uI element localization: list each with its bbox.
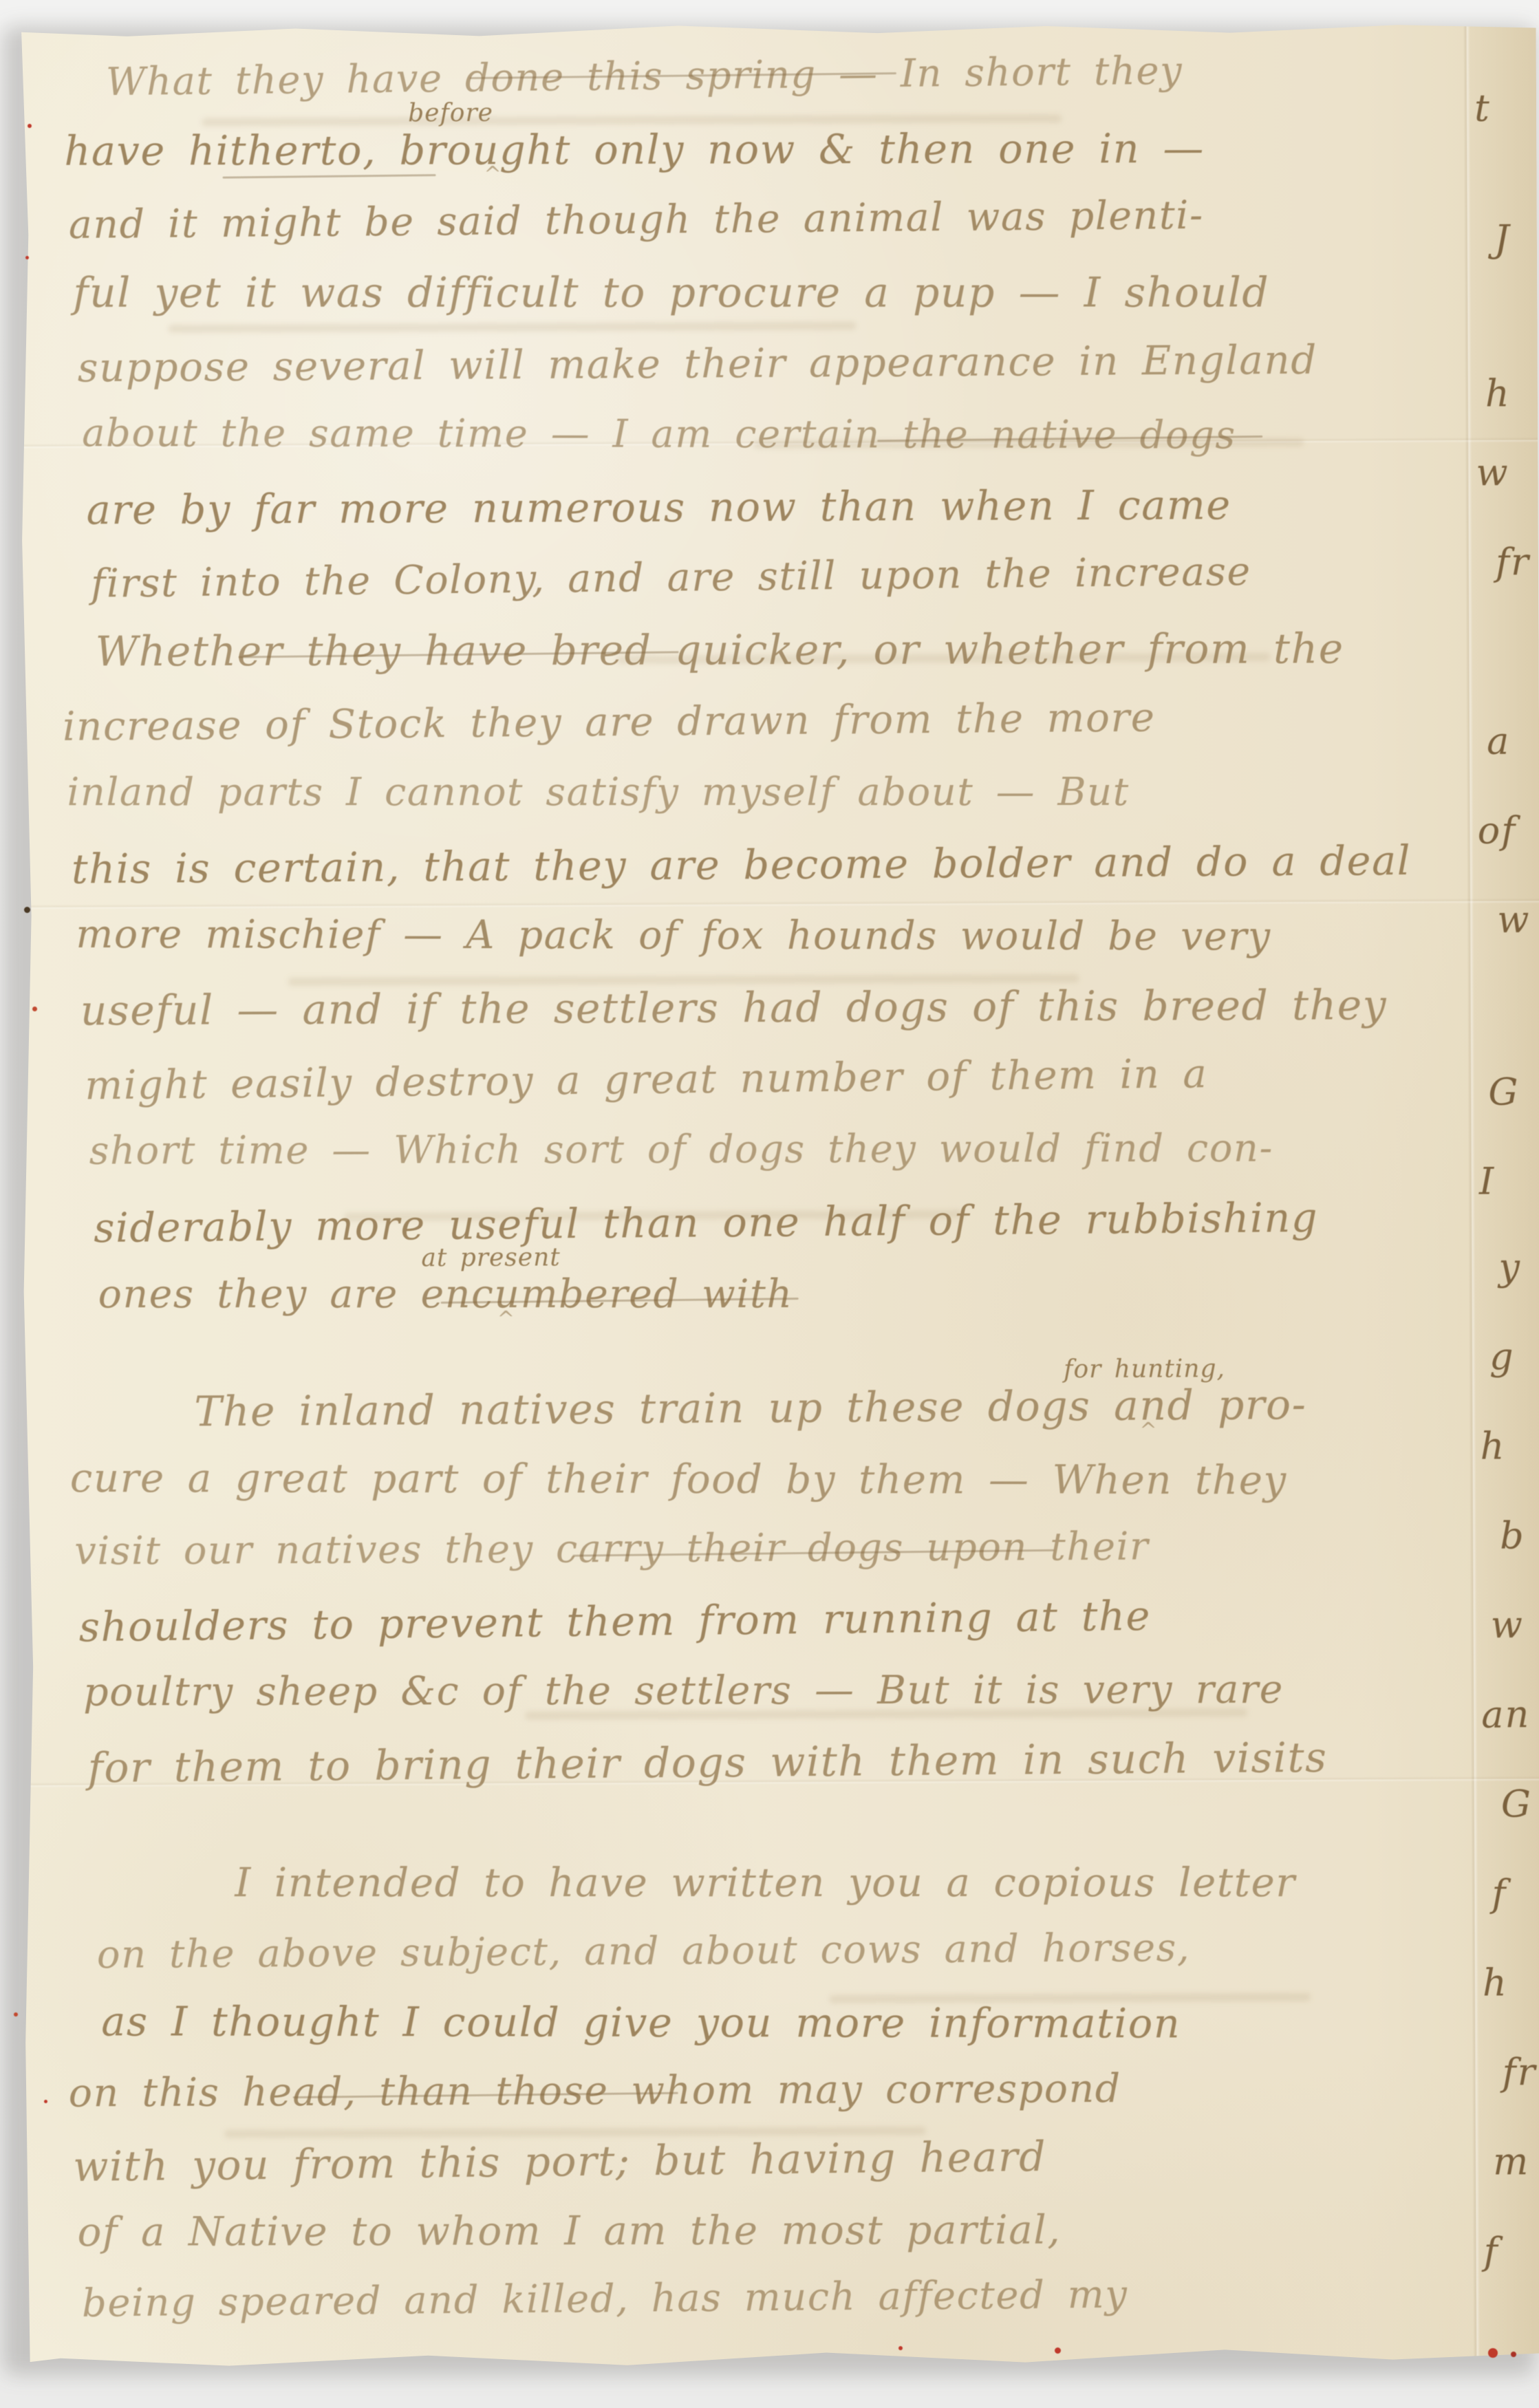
handwriting-fragment: g xyxy=(1489,1335,1515,1378)
handwriting-fragment: of xyxy=(1478,808,1517,852)
handwriting-fragment: w xyxy=(1491,1603,1525,1646)
handwriting-line: are by far more numerous now than when I… xyxy=(86,481,1231,533)
strikethrough-stroke xyxy=(223,174,436,179)
fold-crease-horizontal xyxy=(8,898,1539,910)
handwriting-fragment: m xyxy=(1493,2140,1529,2183)
handwriting-fragment: fr xyxy=(1496,540,1530,583)
scanned-letter-photo: What they have done this spring — In sho… xyxy=(0,0,1539,2408)
handwriting-line: suppose several will make their appearan… xyxy=(78,336,1318,391)
insertion-caret-icon: ^ xyxy=(497,1307,515,1331)
letter-page: What they have done this spring — In sho… xyxy=(5,17,1539,2372)
handwriting-line: more mischief — A pack of fox hounds wou… xyxy=(76,912,1271,959)
handwriting-line: ones they are encumbered with xyxy=(98,1271,793,1317)
insertion-caret-icon: ^ xyxy=(1139,1419,1156,1443)
letter-body: What they have done this spring — In sho… xyxy=(5,17,1536,24)
handwriting-fragment: fr xyxy=(1502,2050,1536,2094)
handwriting-line: for them to bring their dogs with them i… xyxy=(87,1734,1327,1792)
handwriting-line: I intended to have written you a copious… xyxy=(235,1859,1295,1906)
handwriting-line: ful yet it was difficult to procure a pu… xyxy=(73,268,1269,316)
wax-speck xyxy=(25,256,29,259)
handwriting-fragment: h xyxy=(1483,1961,1508,2004)
ink-speck xyxy=(24,907,30,913)
interlinear-insertion: before xyxy=(408,99,493,128)
handwriting-fragment: w xyxy=(1497,898,1531,941)
wax-speck xyxy=(898,2346,903,2350)
handwriting-line: visit our natives they carry their dogs … xyxy=(74,1525,1149,1574)
handwriting-fragment: J xyxy=(1494,217,1511,260)
handwriting-fragment: f xyxy=(1492,1871,1507,1915)
ink-showthrough xyxy=(168,321,856,332)
handwriting-line: first into the Colony, and are still upo… xyxy=(91,549,1251,607)
handwriting-fragment: w xyxy=(1476,451,1509,494)
handwriting-line: on this head, than those whom may corres… xyxy=(69,2066,1121,2116)
handwriting-line: of a Native to whom I am the most partia… xyxy=(77,2206,1061,2255)
ink-showthrough-layer xyxy=(5,17,1536,24)
handwriting-line: shoulders to prevent them from running a… xyxy=(78,1592,1151,1651)
handwriting-fragment: h xyxy=(1480,1424,1505,1468)
adjacent-page-fragments: tJhwfraofwGIyghbwanGfhfrmf xyxy=(5,17,1536,24)
handwriting-fragment: G xyxy=(1501,1782,1532,1825)
handwriting-line: short time — Which sort of dogs they wou… xyxy=(89,1126,1273,1174)
interlinear-insertion: at present xyxy=(421,1243,561,1272)
interlinear-insertion: for hunting, xyxy=(1064,1355,1225,1384)
handwriting-line: increase of Stock they are drawn from th… xyxy=(63,694,1156,750)
insertion-caret-icon: ^ xyxy=(484,162,501,186)
handwriting-line: have hitherto, brought only now & then o… xyxy=(64,125,1205,175)
handwriting-line: this is certain, that they are become bo… xyxy=(72,837,1412,893)
wax-speck xyxy=(1055,2347,1061,2354)
handwriting-fragment: a xyxy=(1487,719,1510,762)
wax-speck xyxy=(32,1007,37,1011)
handwriting-fragment: an xyxy=(1481,1692,1530,1736)
wax-speck xyxy=(1488,2348,1498,2358)
handwriting-line: cure a great part of their food by them … xyxy=(70,1454,1287,1503)
handwriting-fragment: I xyxy=(1479,1159,1496,1203)
handwriting-line: poultry sheep &c of the settlers — But i… xyxy=(83,1667,1284,1715)
handwriting-line: and it might be said though the animal w… xyxy=(69,193,1204,248)
handwriting-line: Whether they have bred quicker, or wheth… xyxy=(95,625,1344,676)
handwriting-line: on the above subject, and about cows and… xyxy=(97,1926,1191,1977)
editorial-strokes-layer xyxy=(5,17,1536,24)
handwriting-fragment: f xyxy=(1484,2229,1499,2272)
handwriting-line: with you from this port; but having hear… xyxy=(73,2133,1047,2191)
handwriting-fragment: G xyxy=(1488,1070,1519,1113)
handwriting-fragment: y xyxy=(1498,1245,1521,1289)
handwriting-line: useful — and if the settlers had dogs of… xyxy=(80,981,1388,1035)
wax-speck xyxy=(1511,2352,1516,2357)
wax-speck xyxy=(14,2012,18,2017)
handwriting-line: being speared and killed, has much affec… xyxy=(82,2272,1128,2326)
handwriting-line: about the same time — I am certain the n… xyxy=(82,411,1236,458)
handwriting-fragment: b xyxy=(1500,1514,1525,1557)
wax-speck xyxy=(28,124,32,128)
handwriting-fragment: h xyxy=(1485,372,1511,415)
wax-speck xyxy=(44,2100,47,2103)
handwriting-line: siderably more useful than one half of t… xyxy=(94,1194,1318,1251)
handwriting-line: inland parts I cannot satisfy myself abo… xyxy=(67,770,1129,815)
handwriting-fragment: t xyxy=(1474,86,1491,129)
handwriting-line: What they have done this spring — In sho… xyxy=(106,48,1183,105)
handwriting-line: as I thought I could give you more infor… xyxy=(101,1997,1181,2047)
handwriting-line: might easily destroy a great number of t… xyxy=(85,1050,1208,1108)
